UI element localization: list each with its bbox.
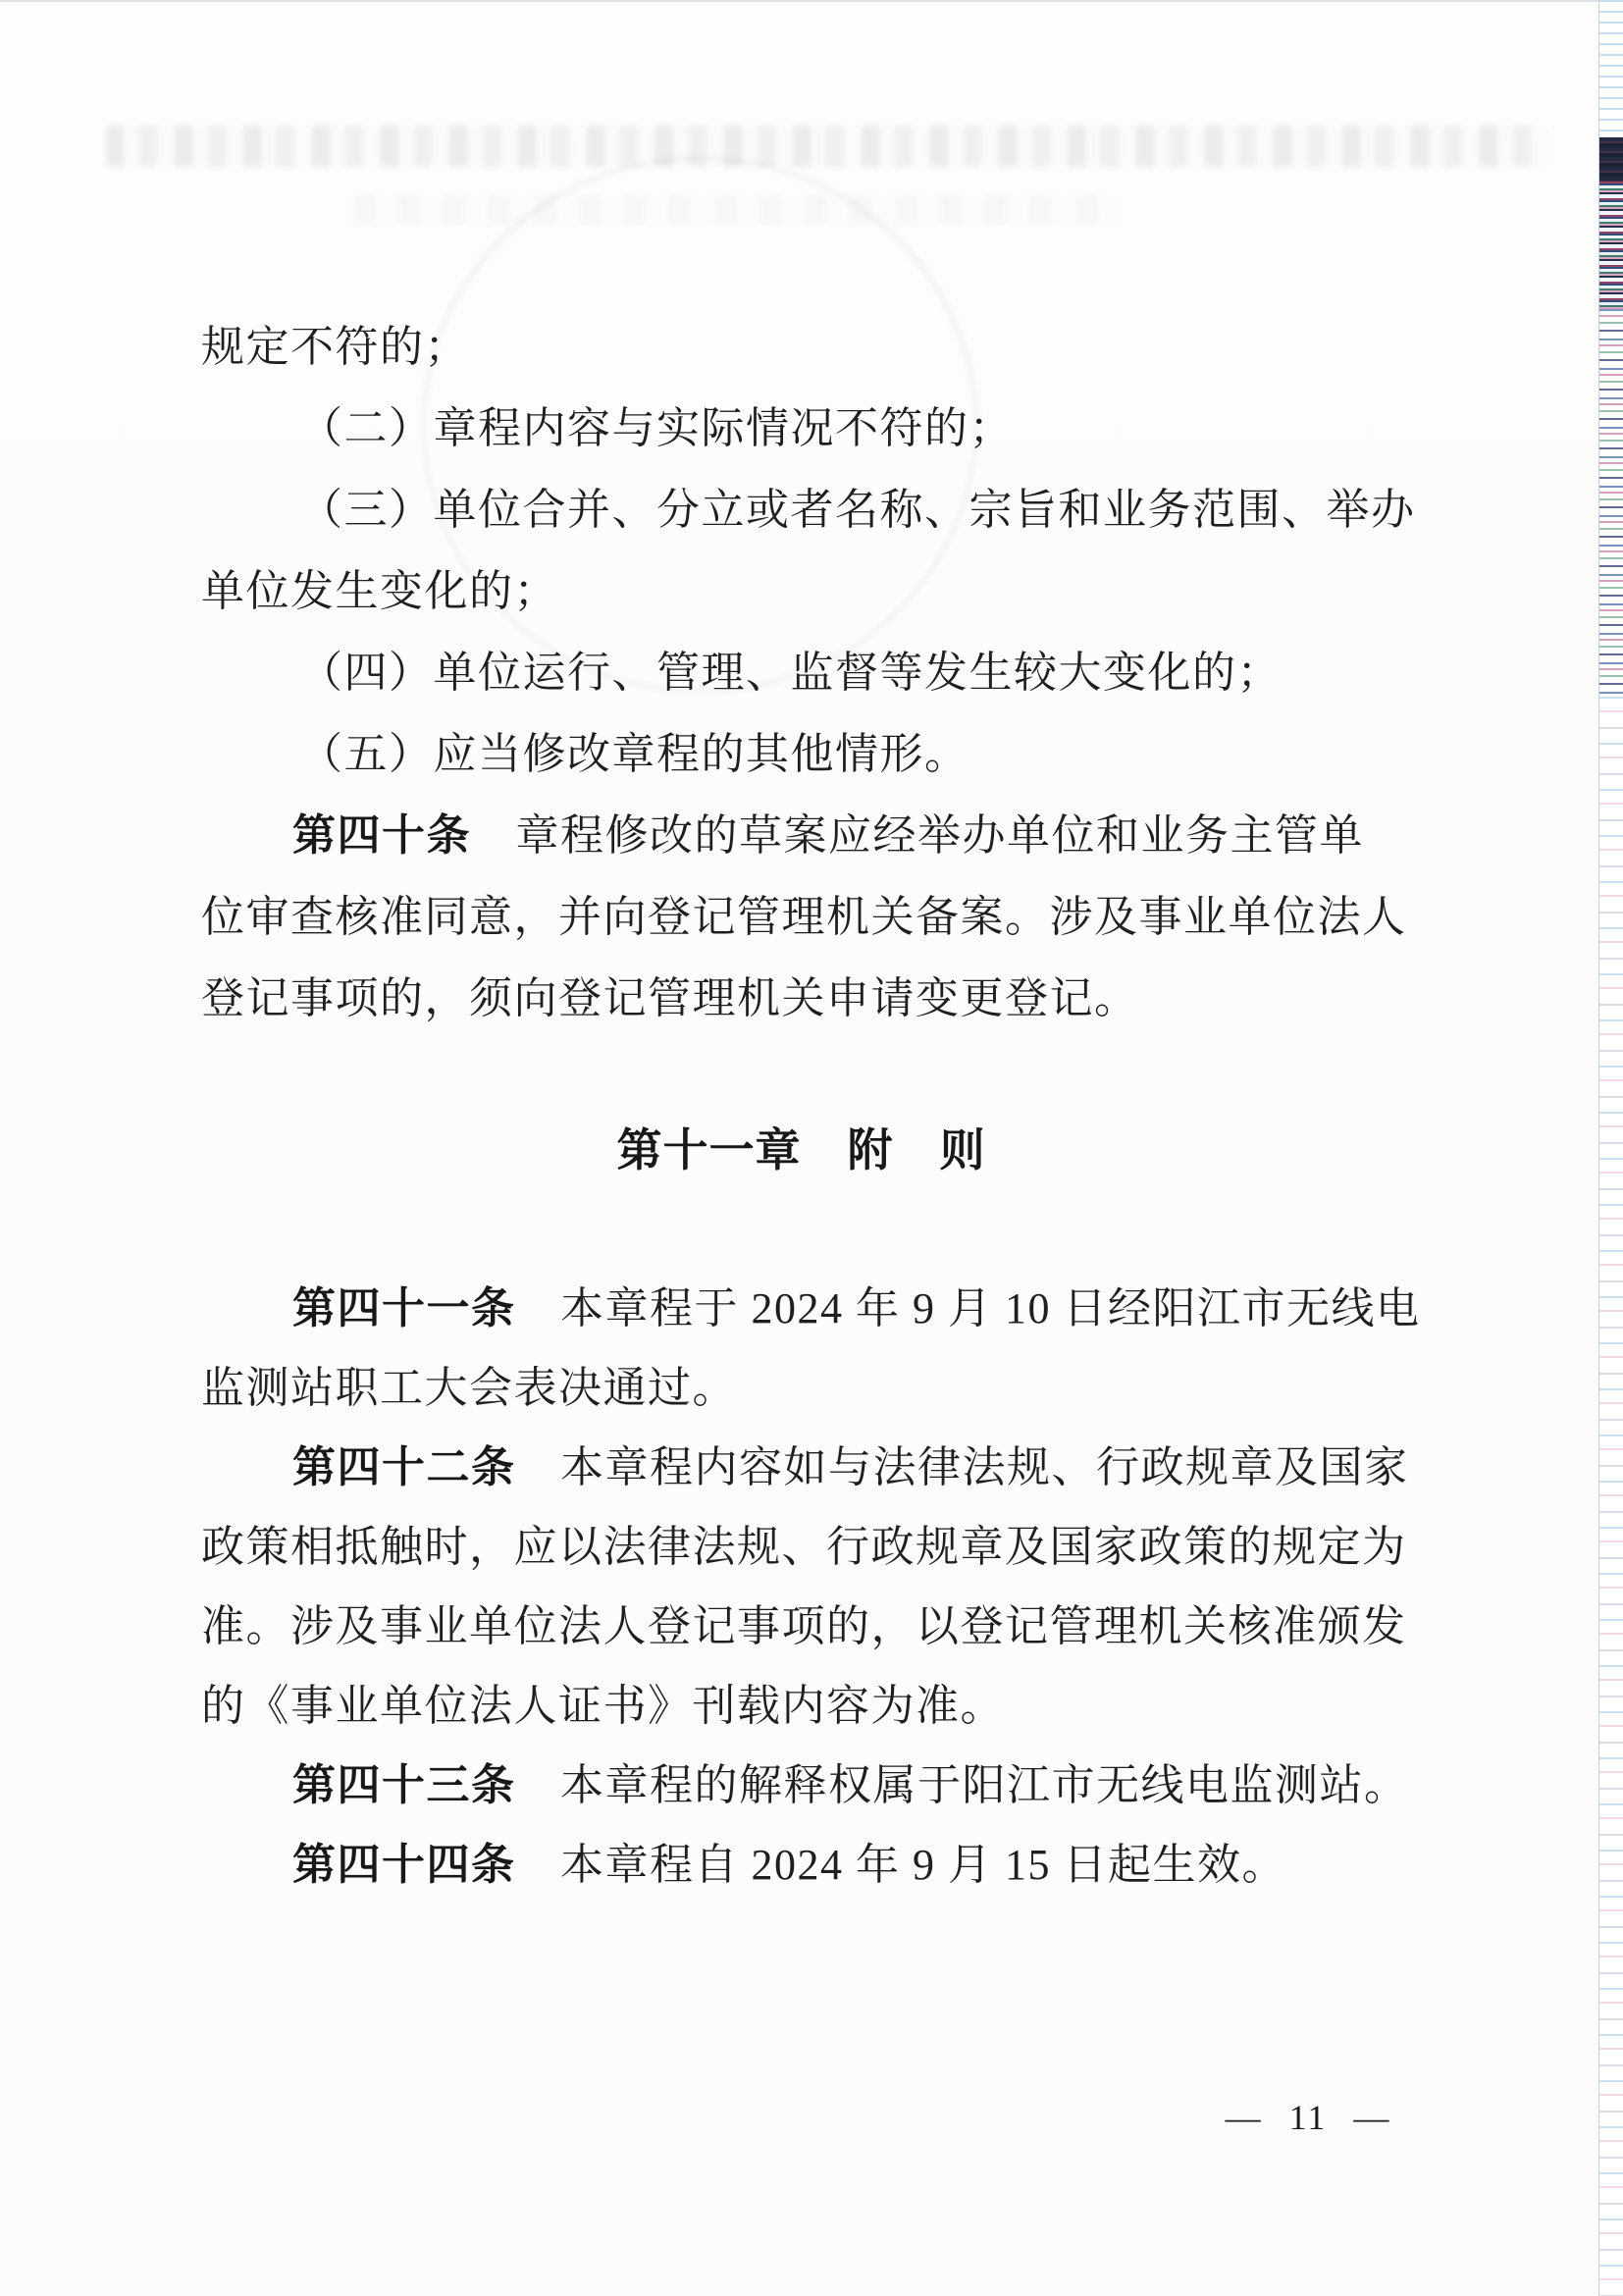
- text-line: 登记事项的，须向登记管理机关申请变更登记。: [201, 958, 1401, 1039]
- text-line: 第四十一条 本章程于 2024 年 9 月 10 日经阳江市无线电: [201, 1269, 1401, 1348]
- text-line: 第四十三条 本章程的解释权属于阳江市无线电监测站。: [201, 1746, 1401, 1825]
- scan-noise-segment-top: [1599, 0, 1623, 137]
- text-line: 位审查核准同意，并向登记管理机关备案。涉及事业单位法人: [201, 876, 1401, 958]
- text-line: 单位发生变化的；: [201, 550, 1401, 632]
- text-line: （五）应当修改章程的其他情形。: [201, 713, 1401, 795]
- document-body: 规定不符的；（二）章程内容与实际情况不符的；（三）单位合并、分立或者名称、宗旨和…: [201, 306, 1401, 1905]
- bold-text-segment: 第四十条: [292, 810, 471, 861]
- text-segment: （五）应当修改章程的其他情形。: [299, 730, 969, 778]
- bleedthrough-smudge-band: [106, 126, 1548, 167]
- text-segment: （四）单位运行、管理、监督等发生较大变化的；: [299, 649, 1282, 697]
- text-line: （二）章程内容与实际情况不符的；: [201, 388, 1401, 469]
- text-segment: 监测站职工大会表决通过。: [201, 1364, 737, 1412]
- text-line: 第四十二条 本章程内容如与法律法规、行政规章及国家: [201, 1428, 1401, 1507]
- text-segment: 本章程于 2024 年 9 月 10 日经阳江市无线电: [516, 1284, 1421, 1332]
- scan-noise-segment-dark: [1599, 137, 1623, 182]
- text-segment: 章程修改的草案应经举办单位和业务主管单: [471, 811, 1364, 860]
- scan-noise-segment-mid: [1599, 309, 1623, 697]
- text-line: 的《事业单位法人证书》刊载内容为准。: [201, 1666, 1401, 1746]
- scan-top-edge-line: [0, 0, 1623, 2]
- text-line: 准。涉及事业单位法人登记事项的，以登记管理机关核准颁发: [201, 1587, 1401, 1666]
- text-segment: 规定不符的；: [201, 323, 469, 371]
- text-segment: 本章程内容如与法律法规、行政规章及国家: [516, 1443, 1409, 1491]
- text-line: 政策相抵触时，应以法律法规、行政规章及国家政策的规定为: [201, 1507, 1401, 1587]
- text-segment: 本章程自 2024 年 9 月 15 日起生效。: [516, 1841, 1287, 1889]
- bold-text-segment: 第十一章 附 则: [617, 1123, 986, 1176]
- text-segment: 的《事业单位法人证书》刊载内容为准。: [201, 1682, 1005, 1730]
- text-segment: 准。涉及事业单位法人登记事项的，以登记管理机关核准颁发: [201, 1602, 1407, 1650]
- text-segment: 位审查核准同意，并向登记管理机关备案。涉及事业单位法人: [201, 893, 1407, 941]
- scan-noise-segment-dense: [1599, 182, 1623, 309]
- text-line: 监测站职工大会表决通过。: [201, 1348, 1401, 1428]
- text-line: （三）单位合并、分立或者名称、宗旨和业务范围、举办: [201, 469, 1401, 550]
- scanned-page: 规定不符的；（二）章程内容与实际情况不符的；（三）单位合并、分立或者名称、宗旨和…: [0, 0, 1623, 2296]
- text-line: 第四十四条 本章程自 2024 年 9 月 15 日起生效。: [201, 1825, 1401, 1905]
- text-segment: 政策相抵触时，应以法律法规、行政规章及国家政策的规定为: [201, 1523, 1407, 1571]
- page-number: — 11 —: [1215, 2097, 1401, 2138]
- bold-text-segment: 第四十四条: [292, 1840, 516, 1890]
- text-line: （四）单位运行、管理、监督等发生较大变化的；: [201, 632, 1401, 713]
- bold-text-segment: 第四十三条: [292, 1760, 516, 1810]
- bold-text-segment: 第四十一条: [292, 1283, 516, 1333]
- text-segment: （三）单位合并、分立或者名称、宗旨和业务范围、举办: [299, 486, 1416, 534]
- text-segment: 登记事项的，须向登记管理机关申请变更登记。: [201, 974, 1139, 1022]
- text-segment: （二）章程内容与实际情况不符的；: [299, 404, 1014, 452]
- text-segment: 单位发生变化的；: [201, 567, 558, 615]
- bold-text-segment: 第四十二条: [292, 1442, 516, 1492]
- chapter-heading: 第十一章 附 则: [201, 1110, 1401, 1191]
- text-line: 规定不符的；: [201, 306, 1401, 388]
- text-segment: 本章程的解释权属于阳江市无线电监测站。: [516, 1761, 1409, 1809]
- text-line: 第四十条 章程修改的草案应经举办单位和业务主管单: [201, 795, 1401, 876]
- scan-artifact-strip: [1598, 0, 1623, 2296]
- scan-noise-segment-light: [1599, 697, 1623, 2296]
